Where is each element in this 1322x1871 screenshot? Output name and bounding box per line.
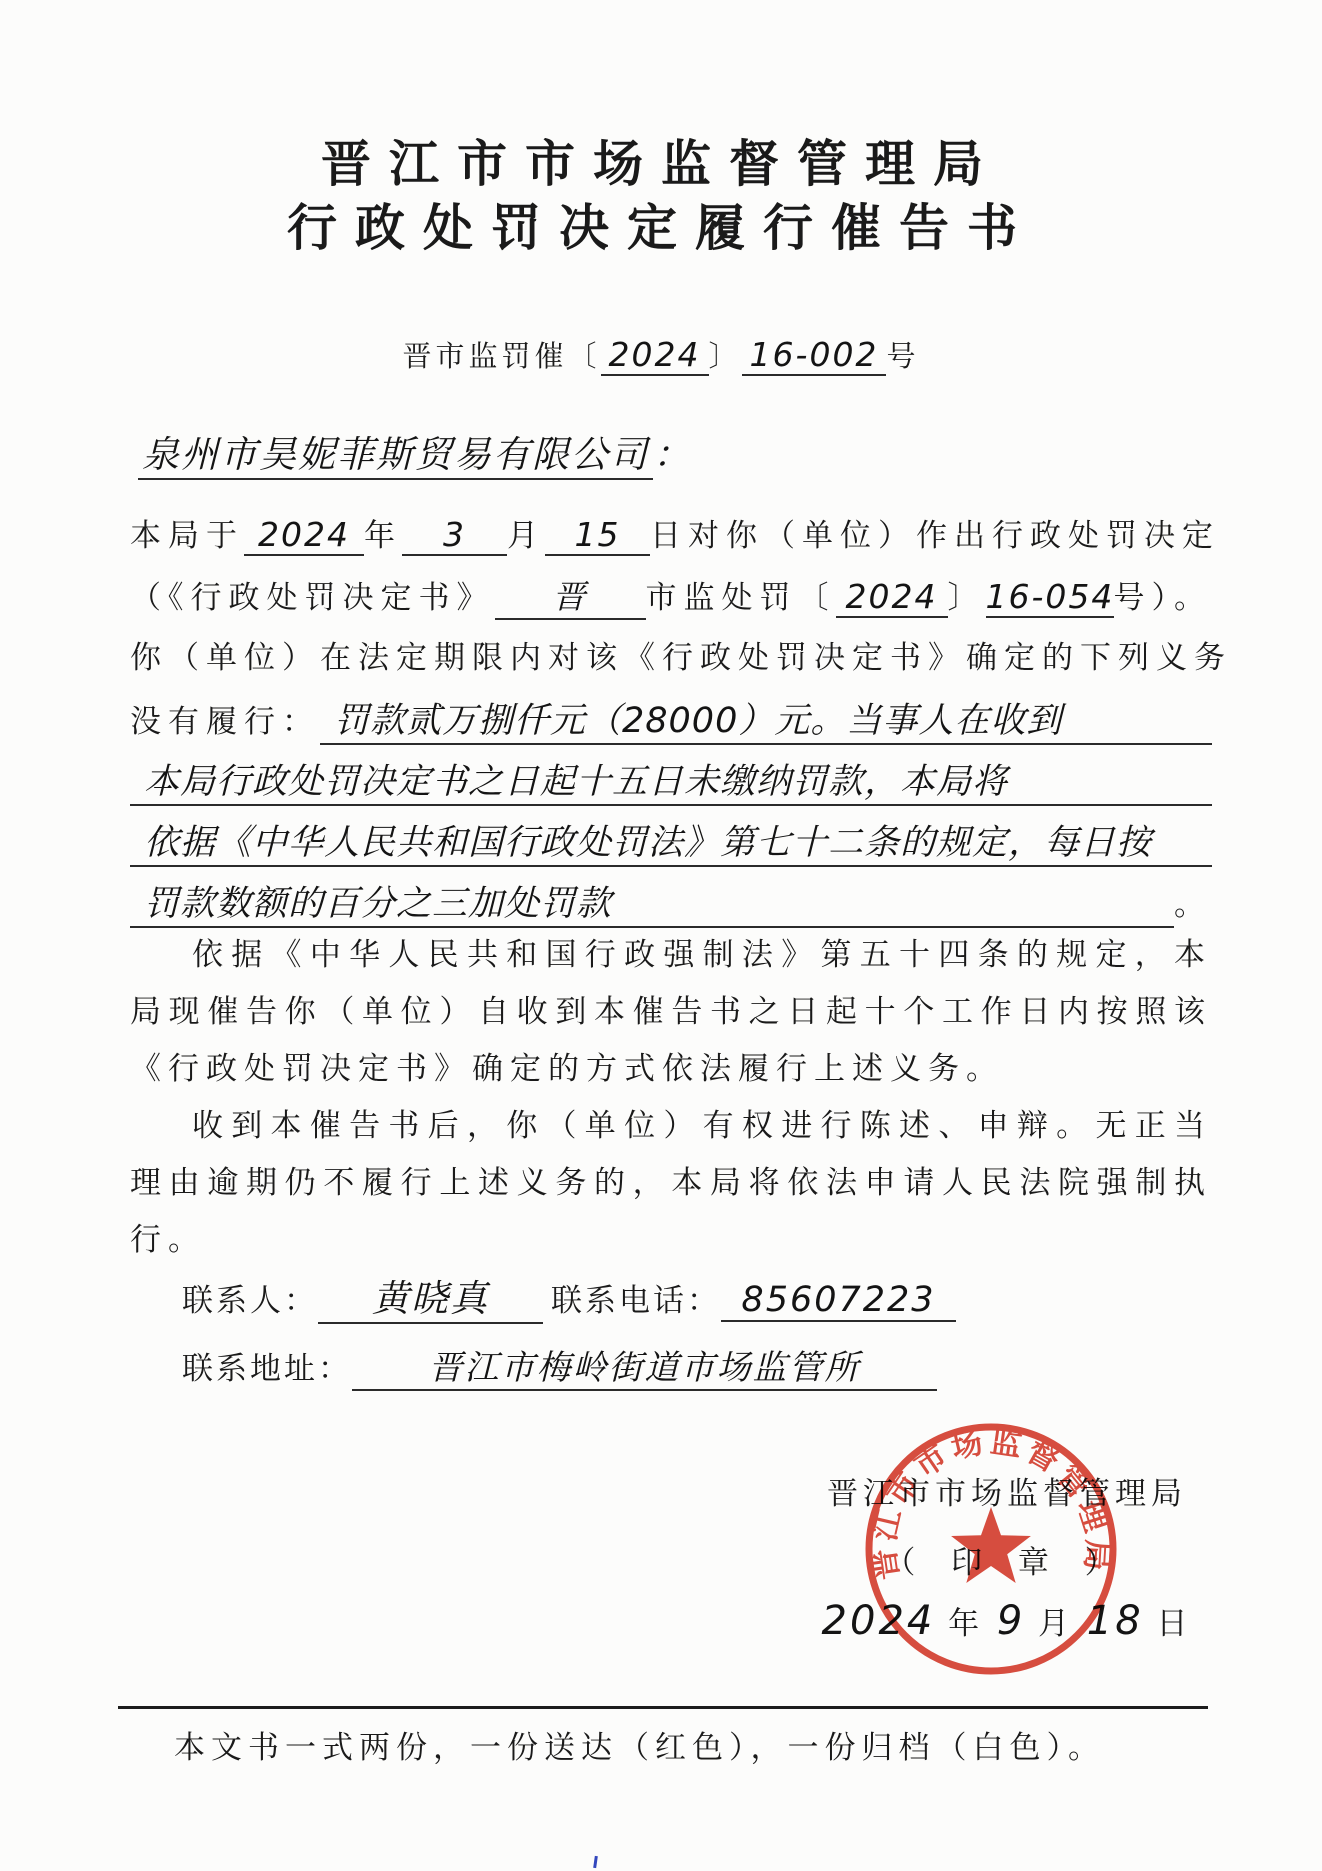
scan-artifact-mark	[593, 1856, 598, 1868]
contact-phone-label: 联系电话：	[551, 1275, 721, 1320]
contact-address-handwritten: 晋江市梅岭街道市场监管所	[352, 1340, 937, 1391]
text-run: 年	[364, 510, 402, 555]
form-line-6: 依据《中华人民共和国行政处罚法》第七十二条的规定，每日按	[130, 815, 1212, 876]
paragraph-legal-basis: 依据《中华人民共和国行政强制法》第五十四条的规定，本局现催告你（单位）自收到本催…	[130, 926, 1212, 1097]
obligation-handwritten-3: 依据《中华人民共和国行政处罚法》第七十二条的规定，每日按	[130, 815, 1212, 867]
obligation-handwritten-2: 本局行政处罚决定书之日起十五日未缴纳罚款，本局将	[130, 754, 1212, 806]
footer-divider	[118, 1706, 1208, 1709]
blank-penalty-serial: 16-054	[986, 577, 1114, 618]
official-seal-stamp: 晋江市市场监督管理局	[860, 1418, 1122, 1680]
blank-city-prefix: 晋	[495, 571, 646, 620]
contact-address-label: 联系地址：	[182, 1343, 352, 1388]
text-run: （《行政处罚决定书》	[130, 572, 495, 617]
text-run: 〕	[948, 572, 986, 617]
document-page: 晋江市市场监督管理局 行政处罚决定履行催告书 晋市监罚催〔2024〕16-002…	[0, 0, 1322, 1871]
addressee-company-handwritten: 泉州市昊妮菲斯贸易有限公司	[138, 433, 653, 480]
blank-decision-month: 3	[402, 515, 507, 556]
doc-title: 行政处罚决定履行催告书	[0, 188, 1322, 260]
docno-suffix: 号	[886, 341, 919, 373]
contact-block: 联系人： 黄晓真 联系电话： 85607223 联系地址： 晋江市梅岭街道市场监…	[130, 1268, 1212, 1402]
text-run: 月	[507, 510, 545, 555]
contact-phone-handwritten: 85607223	[721, 1280, 956, 1322]
contact-person-label: 联系人：	[182, 1275, 318, 1320]
org-title: 晋江市市场监督管理局	[0, 124, 1322, 196]
form-line-2: （《行政处罚决定书》 晋 市监处罚〔 2024 〕 16-054 号）。	[130, 571, 1212, 632]
form-line-5: 本局行政处罚决定书之日起十五日未缴纳罚款，本局将	[130, 754, 1212, 815]
contact-row-2: 联系地址： 晋江市梅岭街道市场监管所	[182, 1340, 1212, 1402]
date-day-unit: 日	[1156, 1606, 1192, 1641]
docno-prefix: 晋市监罚催〔	[403, 341, 601, 373]
printed-paragraphs: 依据《中华人民共和国行政强制法》第五十四条的规定，本局现催告你（单位）自收到本催…	[130, 926, 1212, 1268]
paragraph-rights: 收到本催告书后，你（单位）有权进行陈述、申辩。无正当理由逾期仍不履行上述义务的，…	[130, 1097, 1212, 1268]
docno-year-handwritten: 2024	[601, 336, 709, 376]
doc-number: 晋市监罚催〔2024〕16-002号	[0, 334, 1322, 376]
obligation-handwritten-1: 罚款贰万捌仟元（28000）元。当事人在收到	[320, 693, 1212, 745]
penalty-form-paragraph: 本局于 2024 年 3 月 15 日对你（单位）作出行政处罚决定 （《行政处罚…	[130, 510, 1212, 937]
contact-row-1: 联系人： 黄晓真 联系电话： 85607223	[182, 1268, 1212, 1330]
docno-bracket: 〕	[709, 341, 742, 373]
addressee-line: 泉州市昊妮菲斯贸易有限公司：	[138, 424, 692, 478]
docno-serial-handwritten: 16-002	[742, 336, 887, 376]
form-line-1: 本局于 2024 年 3 月 15 日对你（单位）作出行政处罚决定	[130, 510, 1212, 571]
footer-copies-note: 本文书一式两份，一份送达（红色），一份归档（白色）。	[130, 1722, 1256, 1767]
seal-star-icon	[951, 1507, 1031, 1583]
blank-decision-year: 2024	[244, 515, 364, 556]
form-line-4: 没有履行： 罚款贰万捌仟元（28000）元。当事人在收到	[130, 693, 1212, 754]
full-stop: 。	[1174, 879, 1212, 924]
text-run: 日对你（单位）作出行政处罚决定	[650, 510, 1220, 555]
blank-penalty-year: 2024	[836, 577, 948, 618]
form-line-3: 你（单位）在法定期限内对该《行政处罚决定书》确定的下列义务	[130, 632, 1212, 693]
text-run: 号）。	[1114, 572, 1213, 617]
text-run: 市监处罚〔	[646, 572, 836, 617]
text-run: 你（单位）在法定期限内对该《行政处罚决定书》确定的下列义务	[130, 632, 1232, 677]
blank-decision-day: 15	[545, 515, 650, 556]
text-run: 本局于	[130, 510, 244, 555]
addressee-colon: ：	[653, 433, 692, 476]
text-run: 没有履行：	[130, 696, 320, 741]
contact-person-handwritten: 黄晓真	[318, 1268, 543, 1324]
obligation-handwritten-4: 罚款数额的百分之三加处罚款	[130, 876, 1174, 928]
